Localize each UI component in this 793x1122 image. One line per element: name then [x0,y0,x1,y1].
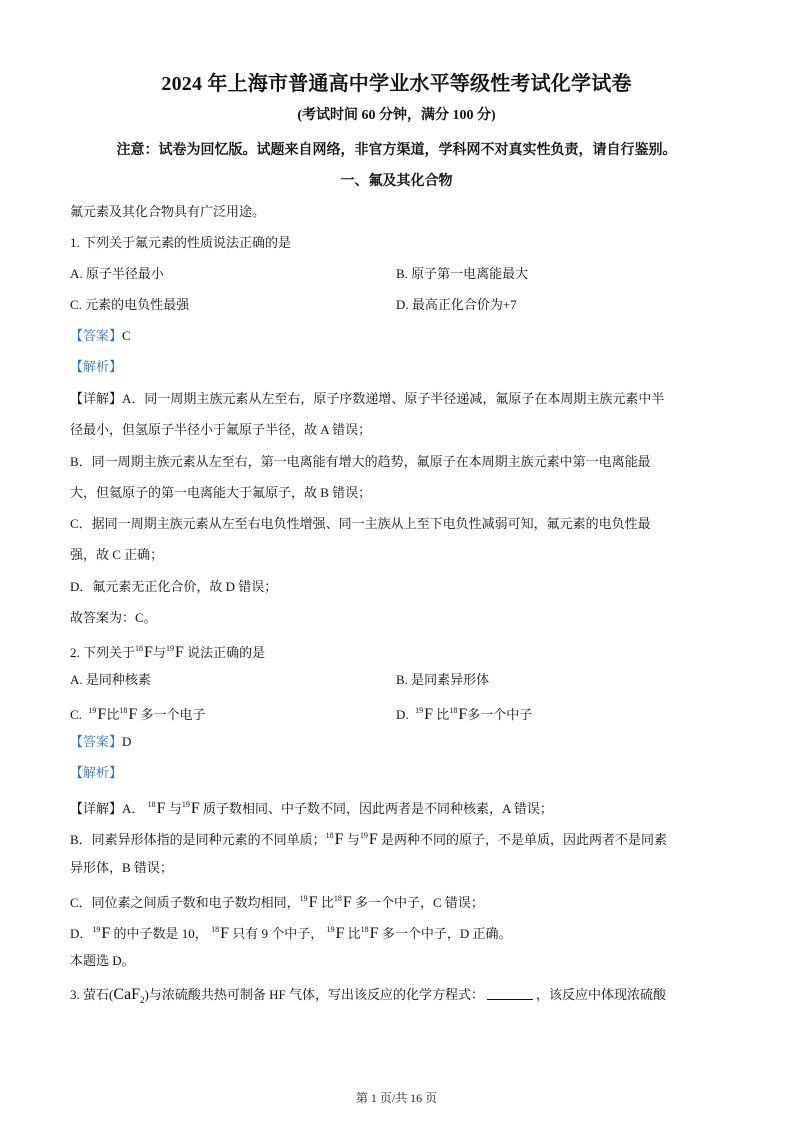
mass-number: 19 [326,925,334,934]
q2-detail-b: B．同素异形体指的是同种元素的不同单质；18F 与19F 是两种不同的原子，不是… [70,826,730,850]
analysis-tag: 【解析】 [70,359,122,374]
detail-text: 质子数相同、中子数不同，因此两者是不同种核素，A 错误； [203,801,553,816]
element-symbol: F [343,894,352,911]
stem-text: 2. 下列关于 [70,645,135,660]
detail-text: 比 [348,926,361,941]
option-text: 多一个中子 [467,707,532,722]
mass-number: 19 [88,706,96,715]
detail-text: B．同素异形体指的是同种元素的不同单质； [70,832,326,847]
detail-text: A．同一周期主族元素从左至右，原子序数递增、原子半径递减，氟原子在本周期主族元素… [122,391,664,406]
detail-tag: 【详解】 [70,801,122,816]
q1-detail-line: 强，故 C 正确； [70,545,730,565]
q2-analysis-tag: 【解析】 [70,763,730,783]
answer-tag: 【答案】 [70,328,122,343]
q1-conclusion: 故答案为：C。 [70,608,730,628]
option-label: D. [396,707,409,722]
option-text: 多一个电子 [141,707,206,722]
exam-notice: 注意：试卷为回忆版。试题来自网络，非官方渠道，学科网不对真实性负责，请自行鉴别。 [0,141,793,161]
q1-stem: 1. 下列关于氟元素的性质说法正确的是 [70,233,730,253]
q2-detail-a: 【详解】A． 18F 与19F 质子数相同、中子数不同，因此两者是不同种核素，A… [70,795,730,819]
element-symbol: F [309,894,318,911]
q2-answer: 【答案】D [70,732,730,752]
mass-number: 18 [361,925,369,934]
q1-detail-line: C．据同一周期主族元素从左至右电负性增强、同一主族从上至下电负性减弱可知，氟元素… [70,514,730,534]
detail-text: 比 [321,895,334,910]
detail-text: 是两种不同的原子，不是单质，因此两者不是同素 [381,832,667,847]
mass-number: 19 [92,925,100,934]
analysis-tag: 【解析】 [70,765,122,780]
mass-number: 18 [334,894,342,903]
q1-detail-line: 径最小，但氢原子半径小于氟原子半径，故 A 错误； [70,420,730,440]
exam-title: 2024 年上海市普通高中学业水平等级性考试化学试卷 [0,70,793,98]
element-symbol: F [128,706,137,723]
element-symbol: F [369,831,378,848]
q2-detail-b-cont: 异形体，B 错误； [70,858,730,878]
q2-detail-c: C．同位素之间质子数和电子数均相同，19F 比18F 多一个中子，C 错误； [70,889,730,913]
document-page: 2024 年上海市普通高中学业水平等级性考试化学试卷 (考试时间 60 分钟，满… [0,0,793,1122]
mass-number: 19 [300,894,308,903]
element-symbol: F [458,706,467,723]
mass-number: 18 [211,925,219,934]
section-intro: 氟元素及其化合物具有广泛用途。 [70,202,730,222]
mass-number: 19 [360,831,368,840]
stem-text: 3. 萤石( [70,987,113,1002]
q1-option-b: B. 原子第一电离能最大 [396,264,726,284]
element-symbol: F [191,800,200,817]
mass-number: 18 [449,706,457,715]
detail-text: C．同位素之间质子数和电子数均相同， [70,895,300,910]
q1-detail-line: 大，但氦原子的第一电离能大于氟原子，故 B 错误； [70,483,730,503]
option-text: 比 [436,707,449,722]
detail-text: 与 [169,801,182,816]
detail-text: 多一个中子，D 正确。 [382,926,512,941]
answer-blank[interactable] [487,985,533,1000]
option-label: C. [70,707,82,722]
q2-conclusion: 本题选 D。 [70,951,730,971]
q2-option-b: B. 是同素异形体 [396,670,726,690]
page-number: 第 1 页/共 16 页 [0,1090,793,1106]
q2-stem: 2. 下列关于18F与19F 说法正确的是 [70,639,730,663]
detail-text: 多一个中子，C 错误； [355,895,484,910]
element-symbol: F [220,925,229,942]
q1-detail-line: B．同一周期主族元素从左至右，第一电离能有增大的趋势，氟原子在本周期主族元素中第… [70,452,730,472]
element-symbol: F [335,831,344,848]
element-symbol: F [175,644,184,661]
element-symbol: F [424,706,433,723]
element-symbol: F [144,644,153,661]
q1-detail-line: 【详解】A．同一周期主族元素从左至右，原子序数递增、原子半径递减，氟原子在本周期… [70,389,730,409]
mass-number: 18 [326,831,334,840]
exam-duration: (考试时间 60 分钟，满分 100 分) [0,106,793,126]
detail-text: A． [122,801,144,816]
detail-text: 只有 9 个中子， [232,926,323,941]
q1-detail-line: D．氟元素无正化合价，故 D 错误； [70,577,730,597]
q2-detail-d: D．19F 的中子数是 10， 18F 只有 9 个中子， 19F 比18F 多… [70,920,730,944]
stem-text: 说法正确的是 [187,645,265,660]
answer-value: D [122,734,131,749]
element-symbol: F [370,925,379,942]
element-symbol: F [335,925,344,942]
q1-analysis-tag: 【解析】 [70,357,730,377]
q3-stem: 3. 萤石(CaF2)与浓硫酸共热可制备 HF 气体，写出该反应的化学方程式：，… [70,985,730,1010]
mass-number: 19 [166,644,174,653]
q1-option-d: D. 最高正化合价为+7 [396,295,726,315]
chemical-formula: CaF [113,986,140,1003]
mass-number: 19 [415,706,423,715]
stem-text: 与 [153,645,166,660]
section-title: 一、氟及其化合物 [0,172,793,192]
element-symbol: F [101,925,110,942]
q2-option-d: D. 19F 比18F多一个中子 [396,701,726,725]
q1-answer: 【答案】C [70,326,730,346]
mass-number: 18 [119,706,127,715]
mass-number: 19 [182,800,190,809]
element-symbol: F [157,800,166,817]
detail-tag: 【详解】 [70,391,122,406]
element-symbol: F [97,706,106,723]
option-text: 比 [106,707,119,722]
mass-number: 18 [148,800,156,809]
answer-value: C [122,328,131,343]
detail-text: 与 [347,832,360,847]
detail-text: D． [70,926,92,941]
detail-text: 的中子数是 10， [114,926,208,941]
stem-text: ，该反应中体现浓硫酸 [536,987,666,1002]
mass-number: 18 [135,644,143,653]
answer-tag: 【答案】 [70,734,122,749]
stem-text: )与浓硫酸共热可制备 HF 气体，写出该反应的化学方程式： [145,987,484,1002]
